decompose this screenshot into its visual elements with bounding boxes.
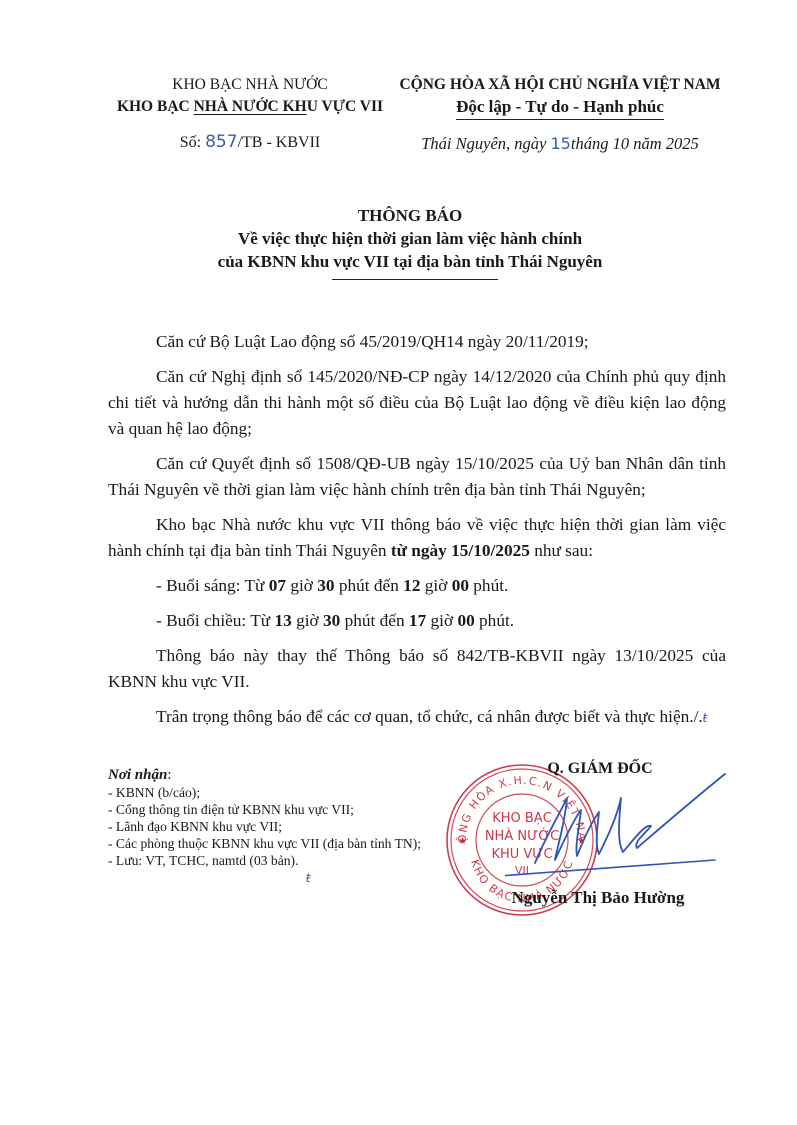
start-hour: 07 bbox=[269, 576, 286, 595]
document-type: THÔNG BÁO bbox=[90, 205, 730, 227]
document-title-block: THÔNG BÁO Về việc thực hiện thời gian là… bbox=[90, 205, 730, 273]
recipient-item: - Các phòng thuộc KBNN khu vực VII (địa … bbox=[108, 835, 468, 852]
document-number-label: Số: bbox=[180, 134, 205, 151]
schedule-afternoon: - Buổi chiều: Từ 13 giờ 30 phút đến 17 g… bbox=[108, 608, 726, 634]
closing-text: Trân trọng thông báo để các cơ quan, tổ … bbox=[156, 707, 703, 726]
recipients-heading-colon: : bbox=[167, 767, 171, 783]
legal-basis-1: Căn cứ Bộ Luật Lao động số 45/2019/QH14 … bbox=[108, 329, 726, 355]
issuing-agency: KHO BẠC NHÀ NƯỚC KHU VỰC VII bbox=[100, 96, 400, 118]
parent-agency: KHO BẠC NHÀ NƯỚC bbox=[100, 74, 400, 96]
recipient-item: - Cổng thông tin điện tử KBNN khu vực VI… bbox=[108, 801, 468, 818]
legal-basis-2: Căn cứ Nghị định số 145/2020/NĐ-CP ngày … bbox=[108, 364, 726, 442]
schedule-label: - Buổi sáng: Từ bbox=[156, 576, 269, 595]
document-number-suffix: /TB - KBVII bbox=[238, 134, 321, 151]
place-date-prefix: Thái Nguyên, ngày bbox=[421, 134, 550, 153]
minute-word-to: phút đến bbox=[340, 611, 409, 630]
closing-paragraph: Trân trọng thông báo để các cơ quan, tổ … bbox=[108, 704, 726, 731]
recipient-item: - KBNN (b/cáo); bbox=[108, 784, 468, 801]
initials-mark-icon: ŧ bbox=[306, 871, 311, 885]
document-subject-line1: Về việc thực hiện thời gian làm việc hàn… bbox=[90, 227, 730, 250]
end-hour: 17 bbox=[409, 611, 426, 630]
issuing-agency-suffix: U VỰC VII bbox=[307, 98, 383, 115]
place-and-date: Thái Nguyên, ngày 15tháng 10 năm 2025 bbox=[390, 132, 730, 156]
svg-text:★: ★ bbox=[458, 836, 467, 847]
issuing-agency-prefix: KHO BẠC bbox=[117, 98, 194, 115]
end-minute: 00 bbox=[457, 611, 474, 630]
signatory-name: Nguyễn Thị Bảo Hường bbox=[478, 888, 718, 908]
effective-date: từ ngày 15/10/2025 bbox=[391, 541, 530, 560]
hour-word: giờ bbox=[286, 576, 317, 595]
minute-word-end: phút. bbox=[475, 611, 514, 630]
start-minute: 30 bbox=[317, 576, 334, 595]
title-divider bbox=[332, 279, 498, 280]
document-number-handwritten: 857 bbox=[205, 132, 237, 152]
initials-mark-icon: ŧ bbox=[703, 711, 708, 725]
recipients-initials-row: ŧ bbox=[108, 869, 468, 887]
recipient-item: - Lưu: VT, TCHC, namtd (03 bản). bbox=[108, 852, 468, 869]
hour-word: giờ bbox=[292, 611, 323, 630]
end-minute: 00 bbox=[452, 576, 469, 595]
issuing-agency-block: KHO BẠC NHÀ NƯỚC KHO BẠC NHÀ NƯỚC KHU VỰ… bbox=[100, 74, 400, 155]
document-subject-line2: của KBNN khu vực VII tại địa bàn tỉnh Th… bbox=[90, 250, 730, 273]
nation-name: CỘNG HÒA XÃ HỘI CHỦ NGHĨA VIỆT NAM bbox=[390, 74, 730, 96]
hour-word: giờ bbox=[426, 611, 457, 630]
place-date-suffix: tháng 10 năm 2025 bbox=[571, 134, 699, 153]
announcement-suffix: như sau: bbox=[530, 541, 593, 560]
document-number: Số: 857/TB - KBVII bbox=[100, 130, 400, 155]
recipient-item-text: - Lưu: VT, TCHC, namtd (03 bản). bbox=[108, 853, 299, 868]
minute-word-end: phút. bbox=[469, 576, 508, 595]
replacement-notice: Thông báo này thay thế Thông báo số 842/… bbox=[108, 643, 726, 695]
issuing-agency-underlined: NHÀ NƯỚC KH bbox=[194, 98, 307, 115]
handwritten-signature-icon bbox=[505, 768, 735, 888]
start-minute: 30 bbox=[323, 611, 340, 630]
recipients-heading-text: Nơi nhận bbox=[108, 767, 167, 783]
national-motto: Độc lập - Tự do - Hạnh phúc bbox=[456, 96, 664, 120]
minute-word-to: phút đến bbox=[335, 576, 404, 595]
recipients-heading: Nơi nhận: bbox=[108, 766, 468, 784]
start-hour: 13 bbox=[274, 611, 291, 630]
schedule-morning: - Buổi sáng: Từ 07 giờ 30 phút đến 12 gi… bbox=[108, 573, 726, 599]
announcement-paragraph: Kho bạc Nhà nước khu vực VII thông báo v… bbox=[108, 512, 726, 564]
hour-word: giờ bbox=[420, 576, 451, 595]
end-hour: 12 bbox=[403, 576, 420, 595]
schedule-label: - Buổi chiều: Từ bbox=[156, 611, 274, 630]
recipient-item: - Lãnh đạo KBNN khu vực VII; bbox=[108, 818, 468, 835]
document-body: Căn cứ Bộ Luật Lao động số 45/2019/QH14 … bbox=[108, 329, 726, 740]
national-header-block: CỘNG HÒA XÃ HỘI CHỦ NGHĨA VIỆT NAM Độc l… bbox=[390, 74, 730, 156]
day-handwritten: 15 bbox=[551, 134, 571, 153]
recipients-block: Nơi nhận: - KBNN (b/cáo); - Cổng thông t… bbox=[108, 766, 468, 887]
legal-basis-3: Căn cứ Quyết định số 1508/QĐ-UB ngày 15/… bbox=[108, 451, 726, 503]
